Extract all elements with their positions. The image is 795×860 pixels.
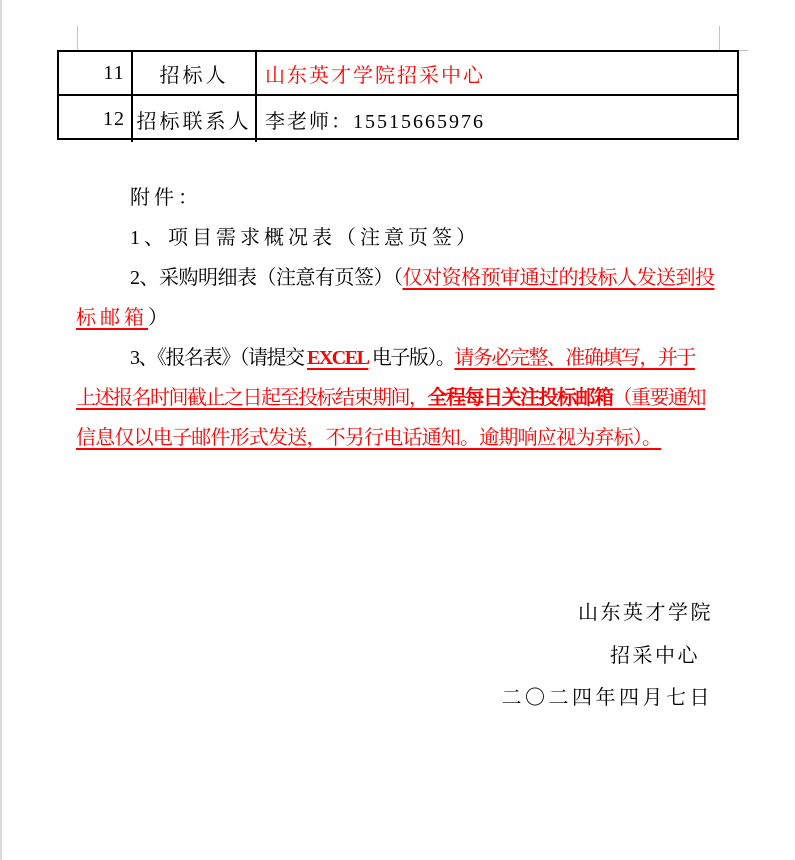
signature-organization: 山东英才学院	[578, 601, 713, 625]
item3-red-warning-start: 请务必完整、准确填写，并于	[454, 347, 695, 369]
item3-red-warning-bold: 全程每日关注投标邮箱	[428, 387, 613, 409]
margin-mark-left	[77, 26, 78, 51]
attachment-item-1: 1、项目需求概况表（注意页签）	[130, 226, 480, 250]
attachment-item-3-line-1: 3、《报名表》（请提交 EXCEL 电子版）。请务必完整、准确填写，并于	[130, 346, 695, 370]
table-row12-number: 12	[59, 94, 131, 142]
item2-red-note: 仅对资格预审通过的投标人发送到投	[403, 267, 715, 289]
document-page: { "colors": { "accent_red": "#ff0000", "…	[0, 0, 795, 860]
margin-mark-table-tick	[739, 50, 748, 51]
item2-red-note-wrap: 标邮箱	[76, 307, 148, 329]
bidding-info-table: 11 招标人 山东英才学院招采中心 12 招标联系人 李老师：155156659…	[57, 50, 739, 140]
item3-red-warning-paren: （重要通知	[613, 387, 706, 409]
item3-excel-word: EXCEL	[307, 347, 368, 369]
signature-department: 招采中心	[610, 644, 700, 668]
table-row11-value: 山东英才学院招采中心	[255, 52, 737, 94]
item3-red-warning-end: 信息仅以电子邮件形式发送，不另行电话通知。逾期响应视为弃标）。	[76, 427, 661, 449]
item3-black-mid: 电子版）。	[368, 347, 454, 369]
page-edge-line	[0, 0, 2, 860]
table-row11-label: 招标人	[131, 52, 255, 94]
item2-black-lead: 2、采购明细表（注意有页签）（	[130, 267, 403, 289]
attachment-item-2-line-2: 标邮箱）	[76, 306, 172, 330]
table-row11-number: 11	[59, 52, 131, 94]
item3-red-warning-mid: 上述报名时间截止之日起至投标结束期间，	[76, 387, 428, 409]
signature-date: 二〇二四年四月七日	[502, 686, 714, 710]
attachment-heading: 附件：	[130, 186, 202, 210]
item3-black-lead: 3、《报名表》（请提交	[130, 347, 307, 369]
item2-black-close: ）	[148, 307, 172, 329]
table-row12-value: 李老师：15515665976	[255, 94, 737, 142]
attachment-item-3-line-3: 信息仅以电子邮件形式发送，不另行电话通知。逾期响应视为弃标）。	[76, 426, 661, 450]
attachment-item-3-line-2: 上述报名时间截止之日起至投标结束期间，全程每日关注投标邮箱（重要通知	[76, 386, 705, 410]
attachment-item-2-line-1: 2、采购明细表（注意有页签）（仅对资格预审通过的投标人发送到投	[130, 266, 715, 290]
margin-mark-right	[719, 26, 720, 51]
table-row12-label: 招标联系人	[131, 94, 255, 142]
